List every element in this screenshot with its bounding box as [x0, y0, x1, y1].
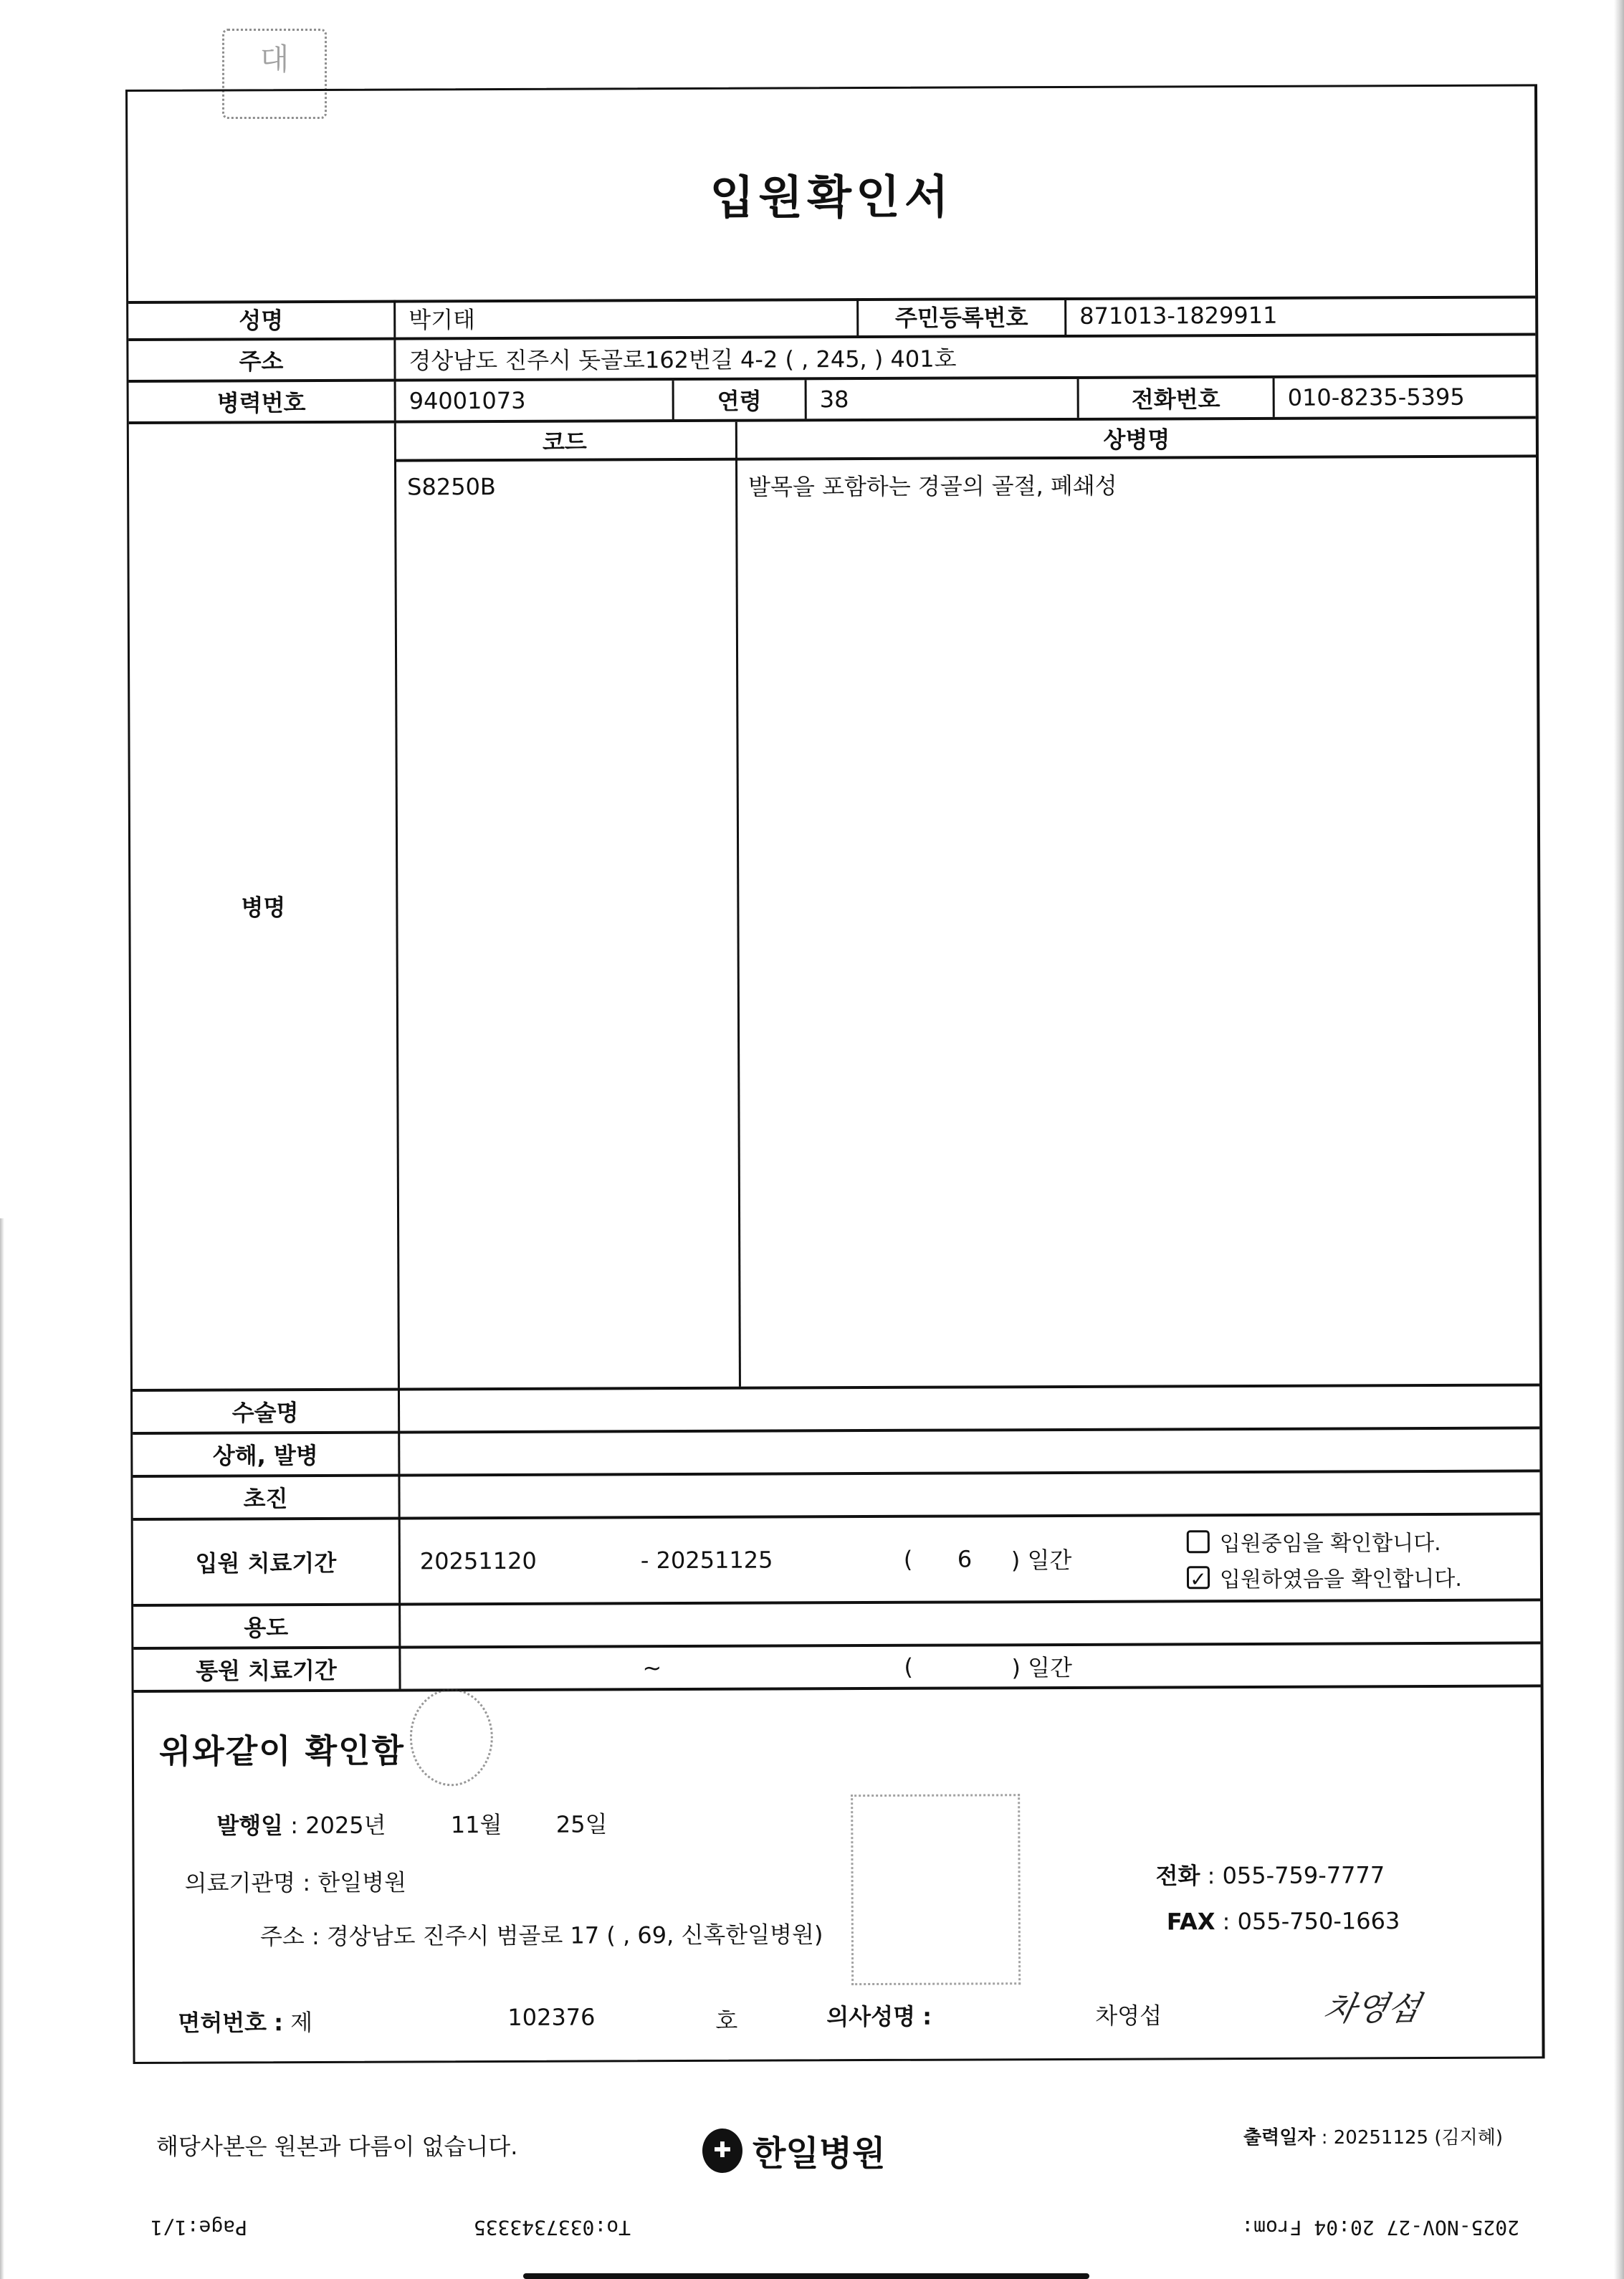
- license: 면허번호 : 제: [178, 2005, 312, 2038]
- doctor-label: 의사성명: [826, 2003, 915, 2030]
- diagnosis-row: S8250B 발목을 포함하는 경골의 골절, 폐쇄성: [394, 457, 1538, 512]
- license-suffix: 호: [715, 2003, 737, 2036]
- confirmation-statement: 위와같이 확인함: [159, 1725, 405, 1773]
- round-seal-stamp: [410, 1688, 494, 1786]
- age-label: 연령: [672, 380, 805, 419]
- institution-address-label: 주소: [260, 1923, 305, 1950]
- check-ongoing[interactable]: 입원중임을 확인합니다.: [1187, 1523, 1462, 1559]
- hospital-logo-icon: ✚: [702, 2128, 742, 2173]
- row-chart: 병력번호 94001073 연령 38 전화번호 010-8235-5395: [129, 377, 1536, 424]
- first-visit-value: [398, 1472, 1542, 1516]
- colon: :: [1208, 1862, 1215, 1889]
- inpatient-days-close: ) 일간: [1011, 1517, 1072, 1600]
- institution-label: 의료기관명: [185, 1869, 296, 1897]
- inpatient-days-open: (: [904, 1518, 913, 1601]
- patient-rrn: 871013-1829911: [1064, 295, 1537, 335]
- divider: [398, 1649, 401, 1689]
- phone-label: 전화: [1156, 1862, 1200, 1889]
- inpatient-checkboxes: 입원중임을 확인합니다. ✓ 입원하였음을 확인합니다.: [1187, 1523, 1462, 1595]
- fax-value: 055-750-1663: [1238, 1907, 1400, 1935]
- inpatient-label: 입원 치료기간: [133, 1520, 398, 1604]
- institution-phone: 전화 : 055-759-7777: [1155, 1857, 1385, 1891]
- hospital-seal-stamp: [851, 1794, 1021, 1985]
- checkbox-completed[interactable]: ✓: [1187, 1566, 1210, 1589]
- fax-date: 2025-NOV-27 20:04 From:: [1241, 2216, 1519, 2240]
- chart-no: 94001073: [394, 381, 672, 420]
- institution-fax: FAX : 055-750-1663: [1167, 1907, 1400, 1935]
- rrn-label: 주민등록번호: [856, 297, 1064, 335]
- institution-address: 주소 : 경상남도 진주시 범골로 17 ( , 69, 신혹한일병원): [260, 1916, 823, 1951]
- row-outpatient-period: 통원 치료기간 ~ ( ) 일간: [133, 1644, 1540, 1693]
- code-header: 코드: [394, 422, 735, 459]
- address-label: 주소: [128, 340, 393, 380]
- issue-month: 11월: [451, 1811, 502, 1838]
- outpatient-tilde: ~: [642, 1648, 661, 1688]
- first-visit-label: 초진: [133, 1477, 398, 1518]
- inpatient-start: 20251120: [420, 1519, 537, 1603]
- confirmation-section: 위와같이 확인함 발행일 : 2025년 11월 25일 의료기관명 : 한일병…: [134, 1691, 1542, 2066]
- scan-page-edge-left: [0, 1218, 4, 2279]
- diagnosis-header: 코드 상병명: [394, 419, 1538, 462]
- name-label: 성명: [128, 300, 393, 338]
- colon: :: [302, 1869, 310, 1896]
- patient-address: 경상남도 진주시 돗골로162번길 4-2 ( , 245, ) 401호: [393, 335, 1537, 378]
- row-purpose: 용도: [133, 1601, 1540, 1650]
- scan-artifact-bar: [523, 2273, 1089, 2279]
- injury-label: 상해, 발병: [133, 1434, 398, 1475]
- checkmark-icon: ✓: [1190, 1567, 1207, 1591]
- diagnosis-name-header: 상병명: [735, 419, 1538, 457]
- phone-label: 전화번호: [1077, 378, 1273, 418]
- injury-value: [398, 1429, 1542, 1473]
- row-address: 주소 경상남도 진주시 돗골로162번길 4-2 ( , 245, ) 401호: [128, 335, 1535, 383]
- license-prefix: 제: [290, 2009, 312, 2036]
- purpose-label: 용도: [133, 1606, 398, 1647]
- patient-phone: 010-8235-5395: [1273, 377, 1538, 416]
- printed-info: 출력일자 : 20251125 (김지혜): [1243, 2123, 1503, 2149]
- issue-day: 25일: [556, 1810, 608, 1838]
- check-completed[interactable]: ✓ 입원하였음을 확인합니다.: [1187, 1559, 1462, 1595]
- colon: :: [312, 1923, 320, 1950]
- institution: 의료기관명 : 한일병원: [185, 1865, 407, 1898]
- fax-transmission-header: 2025-NOV-27 20:04 From: To:0337343335 Pa…: [108, 2211, 1541, 2240]
- colon: :: [1223, 1908, 1231, 1935]
- license-number: 102376: [507, 2004, 595, 2031]
- inpatient-end: - 20251125: [641, 1519, 773, 1602]
- printed-label: 출력일자: [1243, 2127, 1315, 2149]
- title-section: 입원확인서: [128, 86, 1535, 304]
- institution-address-value: 경상남도 진주시 범골로 17 ( , 69, 신혹한일병원): [327, 1921, 823, 1950]
- outpatient-days-open: (: [904, 1647, 913, 1687]
- issue-date-label: 발행일: [216, 1812, 283, 1839]
- license-label: 면허번호: [178, 2009, 267, 2036]
- outpatient-days-close: ) 일간: [1011, 1646, 1072, 1686]
- row-first-visit: 초진: [133, 1472, 1539, 1521]
- colon: :: [922, 2003, 932, 2030]
- document-title: 입원확인서: [710, 161, 952, 227]
- chart-no-label: 병력번호: [129, 382, 394, 421]
- outpatient-label: 통원 치료기간: [133, 1649, 398, 1690]
- check-completed-label: 입원하였음을 확인합니다.: [1220, 1561, 1462, 1593]
- surgery-value: [398, 1386, 1542, 1430]
- row-inpatient-period: 입원 치료기간 20251120 - 20251125 ( 6 ) 일간 입원중…: [133, 1515, 1540, 1607]
- row-surgery: 수술명: [133, 1386, 1539, 1435]
- diagnosis-label: 병명: [129, 424, 398, 1389]
- fax-label: FAX: [1167, 1908, 1215, 1935]
- colon: :: [290, 1812, 298, 1839]
- colon: :: [274, 2009, 283, 2036]
- admission-certificate-form: 입원확인서 성명 박기태 주민등록번호 871013-1829911 주소 경상…: [125, 84, 1545, 2064]
- row-name: 성명 박기태 주민등록번호 871013-1829911: [128, 295, 1535, 341]
- hospital-logo: ✚ 한일병원: [702, 2126, 885, 2175]
- doctor-name: 차영섭: [1095, 1997, 1162, 2030]
- diagnosis-code: S8250B: [394, 461, 735, 512]
- phone-value: 055-759-7777: [1222, 1861, 1385, 1889]
- doctor: 의사성명 :: [826, 1999, 932, 2032]
- purpose-value: [398, 1601, 1542, 1645]
- surgery-label: 수술명: [133, 1391, 398, 1432]
- divider: [398, 1520, 401, 1603]
- copy-certification-note: 해당사본은 원본과 다름이 없습니다.: [156, 2128, 517, 2161]
- issue-date: 발행일 : 2025년 11월 25일: [216, 1806, 607, 1840]
- printed-value: 20251125 (김지혜): [1334, 2127, 1503, 2149]
- patient-age: 38: [805, 379, 1077, 419]
- institution-name: 한일병원: [317, 1869, 406, 1896]
- row-injury: 상해, 발병: [133, 1429, 1539, 1478]
- hospital-logo-text: 한일병원: [753, 2126, 885, 2175]
- scan-page-edge: [1614, 0, 1624, 2279]
- fax-page: Page:1/1: [151, 2216, 247, 2240]
- checkbox-ongoing[interactable]: [1187, 1530, 1210, 1553]
- issue-year: 2025년: [305, 1812, 386, 1839]
- fax-to: To:0337343335: [474, 2216, 631, 2240]
- inpatient-days: 6: [957, 1517, 973, 1600]
- check-ongoing-label: 입원중임을 확인합니다.: [1220, 1525, 1441, 1557]
- diagnosis-name: 발목을 포함하는 경골의 골절, 폐쇄성: [735, 457, 1538, 510]
- diagnosis-section: 병명 코드 상병명 S8250B 발목을 포함하는 경골의 골절, 폐쇄성: [129, 419, 1539, 1392]
- doctor-signature: 차영섭: [1319, 1982, 1425, 2030]
- divider: [735, 422, 741, 1387]
